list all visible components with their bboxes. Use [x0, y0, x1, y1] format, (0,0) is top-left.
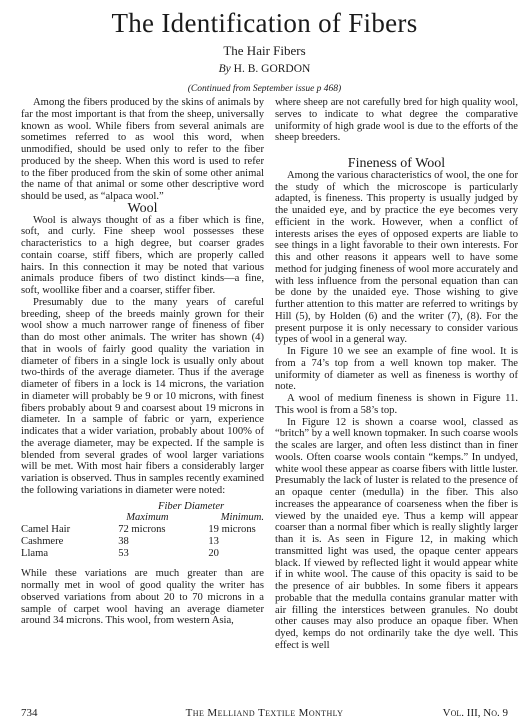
intro-paragraph: Among the fibers produced by the skins o… [21, 97, 264, 203]
author-name: H. B. GORDON [234, 63, 311, 75]
fineness-paragraph-3: A wool of medium fineness is shown in Fi… [275, 393, 518, 417]
article-subtitle: The Hair Fibers [0, 43, 529, 59]
fiber-max: 72 microns [118, 524, 198, 536]
fiber-name: Camel Hair [21, 524, 118, 536]
section-heading-fineness: Fineness of Wool [275, 158, 518, 170]
fiber-max: 38 [118, 536, 198, 548]
fiber-name: Llama [21, 548, 118, 560]
fineness-paragraph-2: In Figure 10 we see an example of fine w… [275, 346, 518, 393]
fiber-min: 20 [198, 548, 264, 560]
wool-paragraph-2: Presumably due to the many years of care… [21, 297, 264, 497]
right-column: where sheep are not carefully bred for h… [275, 97, 518, 652]
continued-note: (Continued from September issue p 468) [0, 84, 529, 94]
table-header-max: Maximum [118, 512, 198, 524]
wool-paragraph-1: Wool is always thought of as a fiber whi… [21, 215, 264, 297]
volume-issue: Vol. III, No. 9 [443, 707, 508, 719]
fiber-name: Cashmere [21, 536, 118, 548]
continuation-paragraph: where sheep are not carefully bred for h… [275, 97, 518, 144]
table-group-header: Fiber Diameter [118, 501, 264, 513]
table-row: Llama 53 20 [21, 548, 264, 560]
fiber-min: 19 microns [198, 524, 264, 536]
byline-prefix: By [219, 63, 231, 75]
left-column: Among the fibers produced by the skins o… [21, 97, 264, 627]
byline: By H. B. GORDON [0, 63, 529, 75]
table-row: Camel Hair 72 microns 19 microns [21, 524, 264, 536]
fineness-paragraph-1: Among the various characteristics of woo… [275, 170, 518, 346]
fiber-max: 53 [118, 548, 198, 560]
table-row: Cashmere 38 13 [21, 536, 264, 548]
fiber-min: 13 [198, 536, 264, 548]
table-header-min: Minimum. [198, 512, 264, 524]
article-title: The Identification of Fibers [0, 8, 529, 39]
fiber-diameter-table: Fiber Diameter Maximum Minimum. Camel Ha… [21, 501, 264, 560]
fineness-paragraph-4: In Figure 12 is shown a coarse wool, cla… [275, 417, 518, 652]
after-table-paragraph: While these variations are much greater … [21, 568, 264, 627]
section-heading-wool: Wool [21, 203, 264, 215]
